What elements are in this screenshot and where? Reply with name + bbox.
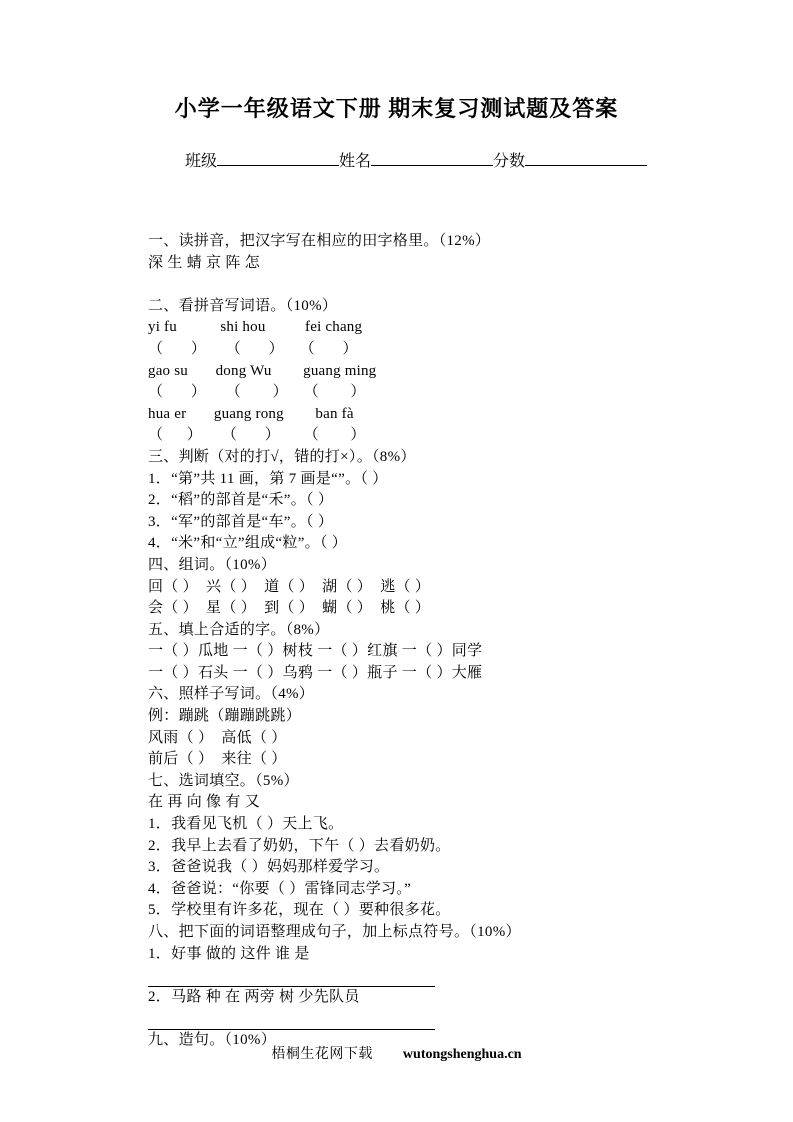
document-line: 2．我早上去看了奶奶，下午（ ）去看奶奶。 [148,836,693,858]
document-line [148,274,693,296]
document-line: yi fu shi hou fei chang [148,317,693,339]
document-line: 前后（ ） 来往（ ） [148,749,693,771]
document-line: （ ） （ ） （ ） [148,425,693,447]
document-line: 六、照样子写词。（4%） [148,684,693,706]
document-line: 例：蹦跳（蹦蹦跳跳） [148,706,693,728]
score-blank-line [525,148,647,166]
document-line: gao su dong Wu guang ming [148,361,693,383]
document-line: 一（ ）石头 一（ ）乌鸦 一（ ）瓶子 一（ ）大雁 [148,663,693,685]
document-line: 风雨（ ） 高低（ ） [148,728,693,750]
document-line: 3．“军”的部首是“车”。（ ） [148,512,693,534]
document-line: 回（ ） 兴（ ） 道（ ） 湖（ ） 逃（ ） [148,577,693,599]
document-line: 1．“第”共 11 画，第 7 画是“”。（ ） [148,469,693,491]
document-line: （ ） （ ） （ ） [148,339,693,361]
document-line [148,965,435,987]
document-line: 一、读拼音，把汉字写在相应的田字格里。（12%） [148,231,693,253]
document-page: 小学一年级语文下册 期末复习测试题及答案 班级姓名分数 一、读拼音，把汉字写在相… [0,0,793,1122]
document-line: 在 再 向 像 有 又 [148,792,693,814]
name-blank-line [371,148,493,166]
page-title: 小学一年级语文下册 期末复习测试题及答案 [0,0,793,122]
document-line: 三、判断（对的打√，错的打×）。（8%） [148,447,693,469]
document-line: 5．学校里有许多花，现在（ ）要种很多花。 [148,900,693,922]
document-line: 会（ ） 星（ ） 到（ ） 蝴（ ） 桃（ ） [148,598,693,620]
document-line: 4．爸爸说：“你要（ ）雷锋同志学习。” [148,879,693,901]
student-info-line: 班级姓名分数 [185,148,793,173]
score-label: 分数 [493,151,525,173]
document-line: hua er guang rong ban fà [148,404,693,426]
footer-site-url: wutongshenghua.cn [403,1047,522,1062]
document-line: 1．我看见飞机（ ）天上飞。 [148,814,693,836]
document-line: 4．“米”和“立”组成“粒”。（ ） [148,533,693,555]
document-line: 2．马路 种 在 两旁 树 少先队员 [148,987,693,1009]
document-line: 七、选词填空。（5%） [148,771,693,793]
page-footer: 梧桐生花网下载wutongshenghua.cn [0,1046,793,1064]
document-line: 八、把下面的词语整理成句子，加上标点符号。（10%） [148,922,693,944]
name-label: 姓名 [339,151,371,173]
document-line: 3．爸爸说我（ ）妈妈那样爱学习。 [148,857,693,879]
class-blank-line [217,148,339,166]
class-label: 班级 [185,151,217,173]
footer-site-name: 梧桐生花网下载 [271,1047,373,1062]
document-line [148,1008,435,1030]
document-line: 深 生 蜻 京 阵 怎 [148,253,693,275]
document-line: 四、组词。（10%） [148,555,693,577]
document-line: 1．好事 做的 这件 谁 是 [148,944,693,966]
document-line: 2．“稻”的部首是“禾”。（ ） [148,490,693,512]
document-line: 一（ ）瓜地 一（ ）树枝 一（ ）红旗 一（ ）同学 [148,641,693,663]
document-line: 二、看拼音写词语。（10%） [148,296,693,318]
document-line: （ ） （ ） （ ） [148,382,693,404]
document-body: 一、读拼音，把汉字写在相应的田字格里。（12%）深 生 蜻 京 阵 怎二、看拼音… [148,231,693,1052]
document-line: 五、填上合适的字。（8%） [148,620,693,642]
